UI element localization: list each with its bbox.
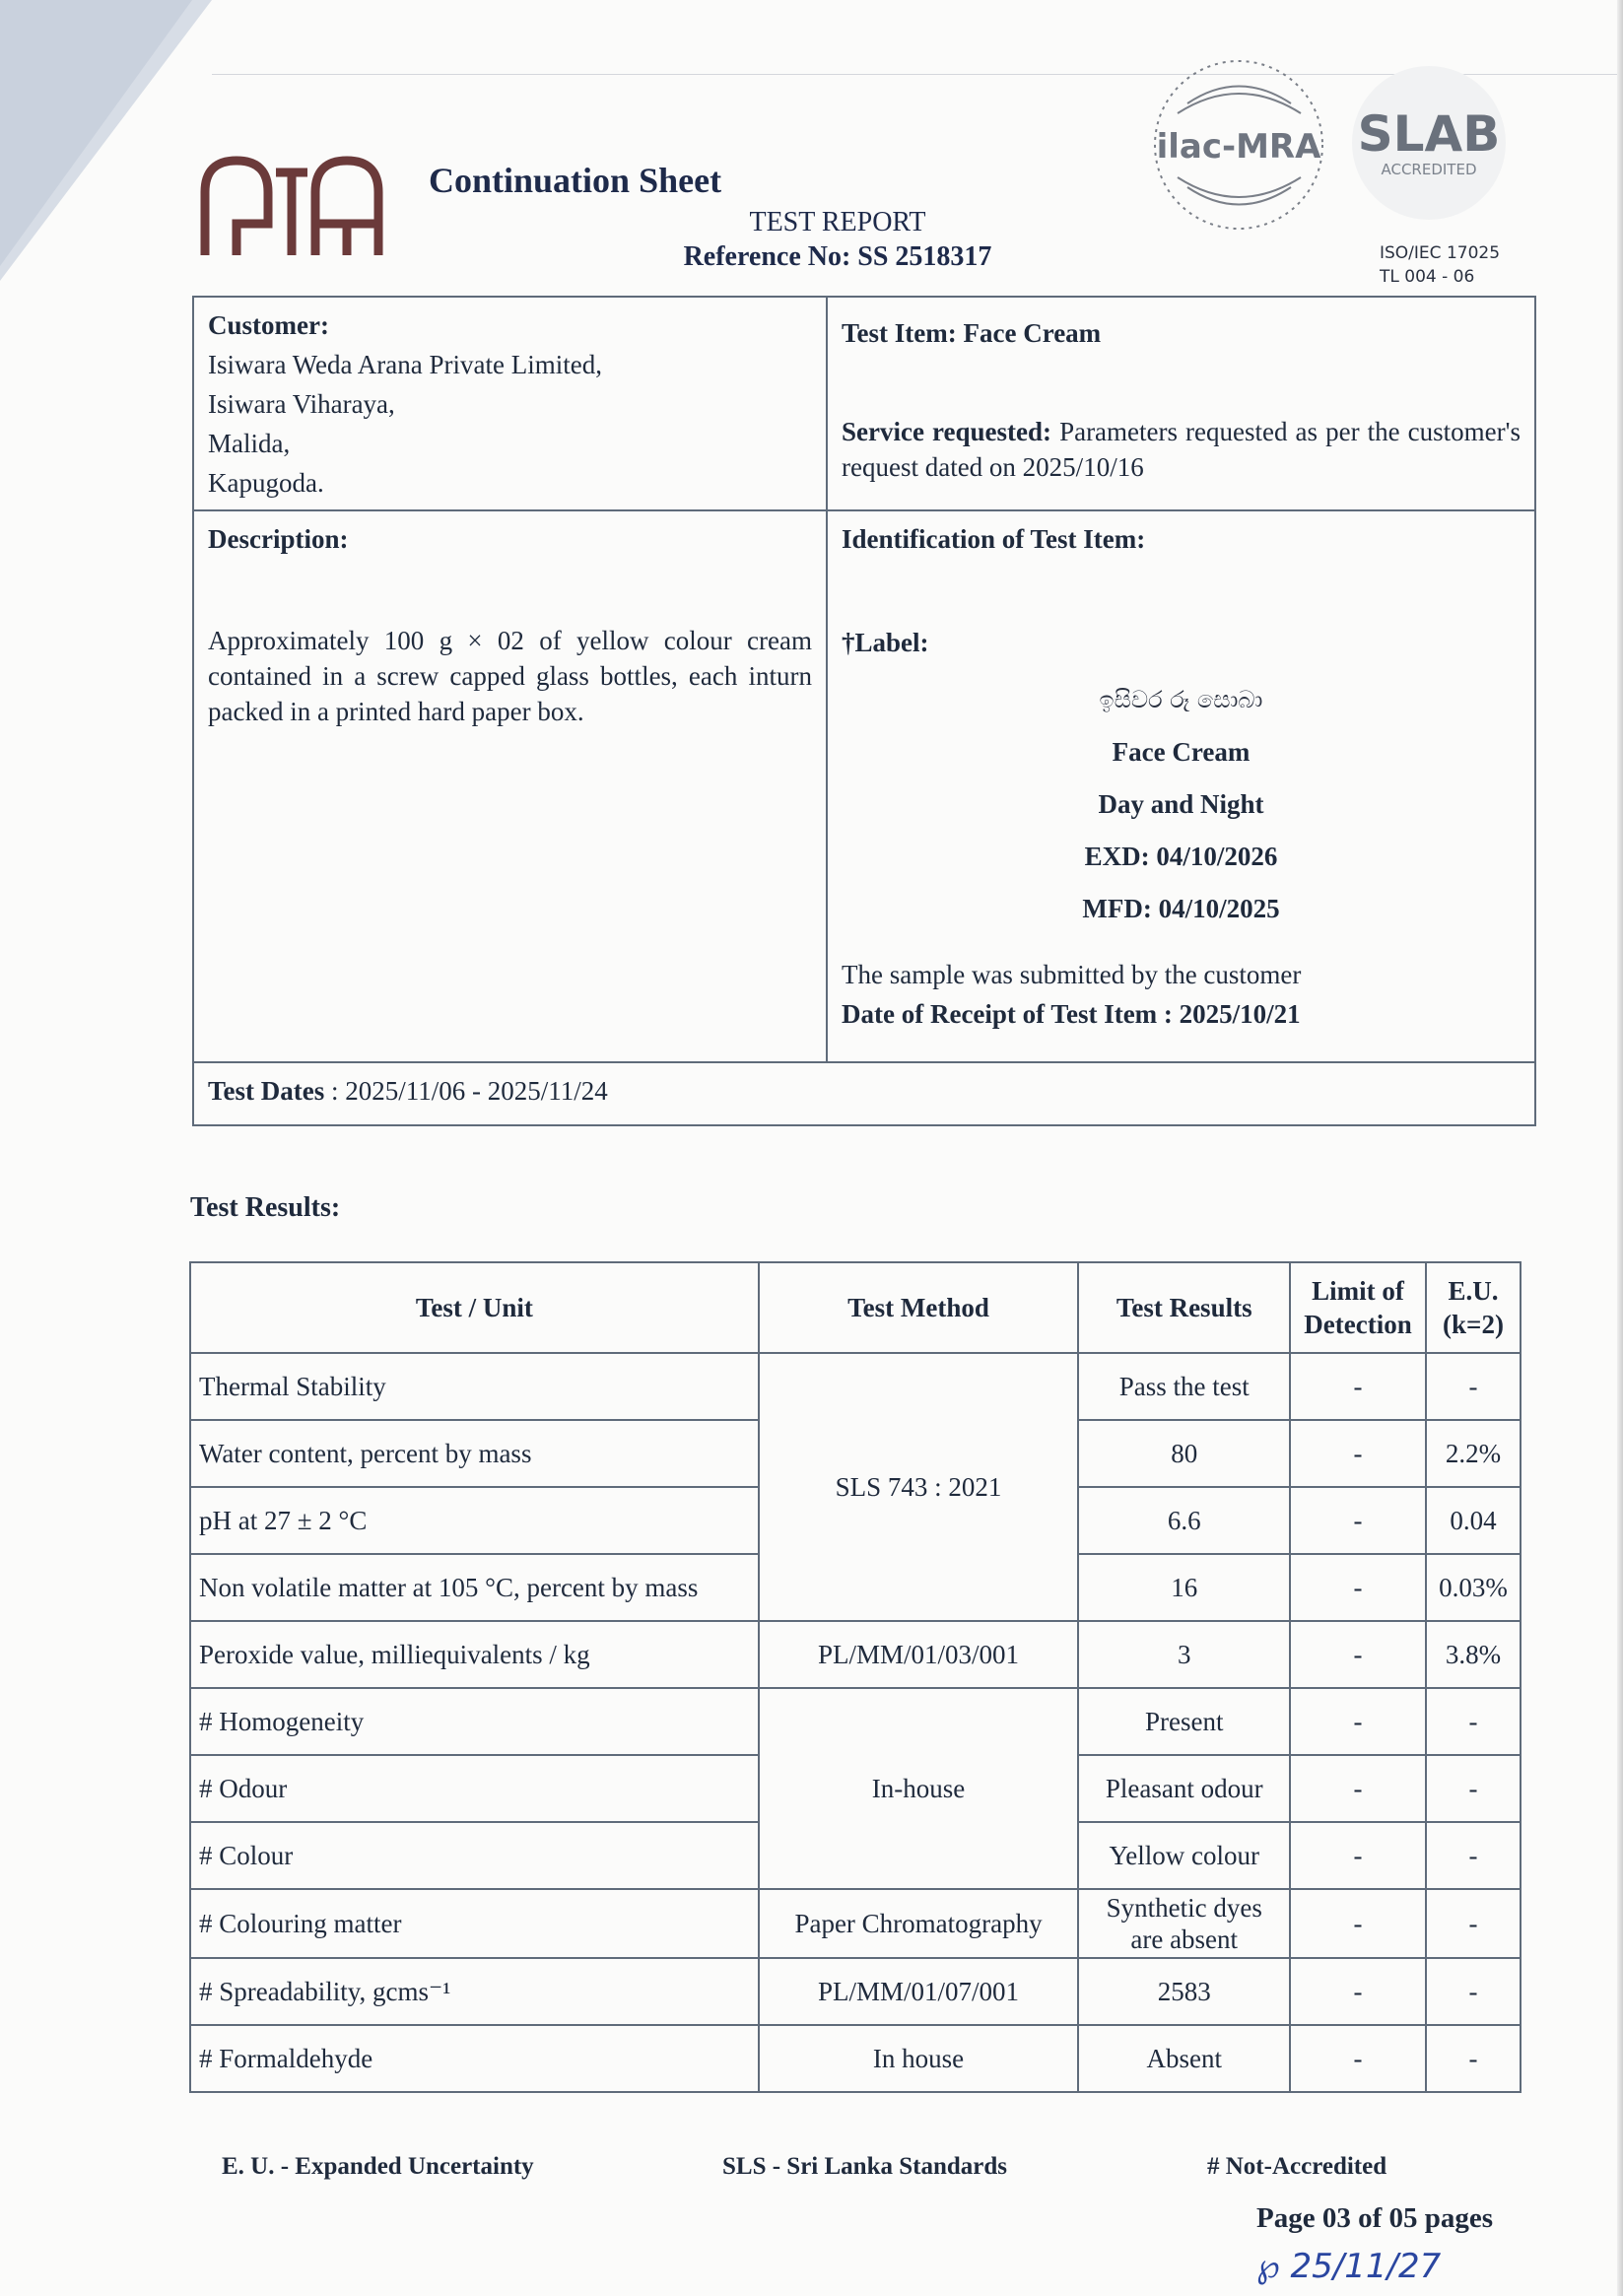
test-item-value: Face Cream bbox=[963, 318, 1101, 348]
col-limit-of-detection: Limit of Detection bbox=[1290, 1262, 1426, 1353]
customer-cell: Customer: Isiwara Weda Arana Private Lim… bbox=[194, 298, 828, 509]
receipt-date: Date of Receipt of Test Item : 2025/10/2… bbox=[842, 994, 1521, 1034]
cell-test-method: PL/MM/01/07/001 bbox=[759, 1958, 1079, 2025]
cell-test-result: Absent bbox=[1078, 2025, 1290, 2092]
table-row: # Colouring matterPaper ChromatographySy… bbox=[190, 1889, 1521, 1958]
table-row: Thermal StabilitySLS 743 : 2021Pass the … bbox=[190, 1353, 1521, 1420]
cell-expanded-uncertainty: 2.2% bbox=[1426, 1420, 1521, 1487]
page-title: Continuation Sheet bbox=[429, 160, 721, 201]
cell-expanded-uncertainty: - bbox=[1426, 1755, 1521, 1822]
cell-test-method: Paper Chromatography bbox=[759, 1889, 1079, 1958]
cell-limit-of-detection: - bbox=[1290, 2025, 1426, 2092]
description-label: Description: bbox=[208, 519, 812, 559]
submitted-note: The sample was submitted by the customer bbox=[842, 955, 1521, 994]
iso-standard: ISO/IEC 17025 bbox=[1380, 241, 1500, 265]
table-row: Peroxide value, milliequivalents / kgPL/… bbox=[190, 1621, 1521, 1688]
label-variant: Day and Night bbox=[842, 778, 1521, 831]
receipt-value: : 2025/10/21 bbox=[1164, 999, 1301, 1029]
customer-label: Customer: bbox=[208, 305, 812, 345]
slab-accredited-badge-icon: SLAB ACCREDITED bbox=[1350, 64, 1508, 222]
report-info-box: Customer: Isiwara Weda Arana Private Lim… bbox=[192, 296, 1536, 1126]
svg-text:ACCREDITED: ACCREDITED bbox=[1381, 161, 1476, 178]
cell-test-result: 16 bbox=[1078, 1554, 1290, 1621]
cell-test-result: Present bbox=[1078, 1688, 1290, 1755]
test-results-heading: Test Results: bbox=[190, 1192, 340, 1224]
description-cell: Description: Approximately 100 g × 02 of… bbox=[194, 511, 828, 1061]
label-manufacture: MFD: 04/10/2025 bbox=[842, 883, 1521, 935]
cell-expanded-uncertainty: 0.04 bbox=[1426, 1487, 1521, 1554]
cell-test-unit: # Spreadability, gcms⁻¹ bbox=[190, 1958, 759, 2025]
cell-test-method: In house bbox=[759, 2025, 1079, 2092]
cell-test-method: PL/MM/01/03/001 bbox=[759, 1621, 1079, 1688]
col-test-results: Test Results bbox=[1078, 1262, 1290, 1353]
legend-sls: SLS - Sri Lanka Standards bbox=[722, 2153, 1007, 2181]
svg-text:ilac-MRA: ilac-MRA bbox=[1157, 127, 1322, 167]
col-test-method: Test Method bbox=[759, 1262, 1079, 1353]
legend-eu: E. U. - Expanded Uncertainty bbox=[222, 2153, 534, 2181]
cell-test-method: In-house bbox=[759, 1688, 1079, 1889]
customer-row: Customer: Isiwara Weda Arana Private Lim… bbox=[194, 298, 1534, 511]
cell-test-unit: # Colouring matter bbox=[190, 1889, 759, 1958]
cell-test-result: Yellow colour bbox=[1078, 1822, 1290, 1889]
test-item-label: Test Item: bbox=[842, 318, 957, 348]
col-expanded-uncertainty: E.U. (k=2) bbox=[1426, 1262, 1521, 1353]
customer-line: Kapugoda. bbox=[208, 463, 812, 503]
lab-number: TL 004 - 06 bbox=[1380, 265, 1500, 289]
cell-limit-of-detection: - bbox=[1290, 1889, 1426, 1958]
cell-limit-of-detection: - bbox=[1290, 1755, 1426, 1822]
cell-test-unit: Water content, percent by mass bbox=[190, 1420, 759, 1487]
cell-limit-of-detection: - bbox=[1290, 1621, 1426, 1688]
test-results-table: Test / Unit Test Method Test Results Lim… bbox=[189, 1261, 1522, 2093]
ilac-mra-badge-icon: ilac-MRA bbox=[1148, 54, 1330, 236]
cell-limit-of-detection: - bbox=[1290, 1958, 1426, 2025]
test-dates-row: Test Dates : 2025/11/06 - 2025/11/24 bbox=[194, 1063, 1534, 1124]
label-product: Face Cream bbox=[842, 726, 1521, 778]
cell-test-unit: Peroxide value, milliequivalents / kg bbox=[190, 1621, 759, 1688]
page-number: Page 03 of 05 pages bbox=[1256, 2202, 1493, 2235]
cell-limit-of-detection: - bbox=[1290, 1487, 1426, 1554]
service-label: Service requested: bbox=[842, 417, 1051, 446]
cell-test-result: 6.6 bbox=[1078, 1487, 1290, 1554]
cell-test-result: 3 bbox=[1078, 1621, 1290, 1688]
report-subtitle: TEST REPORT bbox=[591, 207, 1084, 238]
table-row: # HomogeneityIn-housePresent-- bbox=[190, 1688, 1521, 1755]
customer-line: Isiwara Viharaya, bbox=[208, 384, 812, 424]
customer-line: Isiwara Weda Arana Private Limited, bbox=[208, 345, 812, 384]
label-heading: †Label: bbox=[842, 623, 1521, 662]
cell-test-result: 80 bbox=[1078, 1420, 1290, 1487]
customer-line: Malida, bbox=[208, 424, 812, 463]
description-text: Approximately 100 g × 02 of yellow colou… bbox=[208, 623, 812, 729]
test-item-cell: Test Item: Face Cream Service requested:… bbox=[828, 298, 1534, 509]
cell-test-unit: Non volatile matter at 105 °C, percent b… bbox=[190, 1554, 759, 1621]
identification-cell: Identification of Test Item: †Label: ඉසි… bbox=[828, 511, 1534, 1061]
cell-test-result: Synthetic dyes are absent bbox=[1078, 1889, 1290, 1958]
cell-expanded-uncertainty: 3.8% bbox=[1426, 1621, 1521, 1688]
description-row: Description: Approximately 100 g × 02 of… bbox=[194, 511, 1534, 1063]
signature-initials: ℘ 25/11/27 bbox=[1256, 2247, 1441, 2286]
label-brand-sinhala: ඉසිවර රූ සොබා bbox=[842, 674, 1521, 726]
test-item: Test Item: Face Cream bbox=[842, 313, 1521, 353]
cell-test-unit: # Homogeneity bbox=[190, 1688, 759, 1755]
cell-test-unit: pH at 27 ± 2 °C bbox=[190, 1487, 759, 1554]
service-requested: Service requested: Parameters requested … bbox=[842, 414, 1521, 485]
table-row: # FormaldehydeIn houseAbsent-- bbox=[190, 2025, 1521, 2092]
test-dates-label: Test Dates bbox=[208, 1076, 324, 1106]
table-header-row: Test / Unit Test Method Test Results Lim… bbox=[190, 1262, 1521, 1353]
svg-text:SLAB: SLAB bbox=[1358, 105, 1501, 163]
reference-number: Reference No: SS 2518317 bbox=[591, 241, 1084, 273]
cell-expanded-uncertainty: - bbox=[1426, 1889, 1521, 1958]
identification-label: Identification of Test Item: bbox=[842, 519, 1521, 559]
iti-logo-icon bbox=[197, 153, 386, 259]
cell-limit-of-detection: - bbox=[1290, 1822, 1426, 1889]
label-expiry: EXD: 04/10/2026 bbox=[842, 831, 1521, 883]
cell-test-unit: Thermal Stability bbox=[190, 1353, 759, 1420]
cell-test-result: Pass the test bbox=[1078, 1353, 1290, 1420]
cell-test-unit: # Colour bbox=[190, 1822, 759, 1889]
cell-expanded-uncertainty: - bbox=[1426, 1353, 1521, 1420]
test-dates-value: : 2025/11/06 - 2025/11/24 bbox=[331, 1076, 608, 1106]
scan-right-edge bbox=[1617, 0, 1623, 2296]
cell-test-method: SLS 743 : 2021 bbox=[759, 1353, 1079, 1621]
cell-expanded-uncertainty: - bbox=[1426, 1822, 1521, 1889]
iso-accreditation: ISO/IEC 17025 TL 004 - 06 bbox=[1380, 241, 1500, 289]
cell-expanded-uncertainty: - bbox=[1426, 1688, 1521, 1755]
cell-expanded-uncertainty: - bbox=[1426, 2025, 1521, 2092]
col-test-unit: Test / Unit bbox=[190, 1262, 759, 1353]
cell-expanded-uncertainty: 0.03% bbox=[1426, 1554, 1521, 1621]
receipt-label: Date of Receipt of Test Item bbox=[842, 999, 1157, 1029]
legend-not-accredited: # Not-Accredited bbox=[1207, 2153, 1386, 2181]
cell-test-result: 2583 bbox=[1078, 1958, 1290, 2025]
cell-test-result: Pleasant odour bbox=[1078, 1755, 1290, 1822]
cell-test-unit: # Formaldehyde bbox=[190, 2025, 759, 2092]
cell-limit-of-detection: - bbox=[1290, 1688, 1426, 1755]
table-row: # Spreadability, gcms⁻¹PL/MM/01/07/00125… bbox=[190, 1958, 1521, 2025]
cell-test-unit: # Odour bbox=[190, 1755, 759, 1822]
cell-limit-of-detection: - bbox=[1290, 1554, 1426, 1621]
cell-expanded-uncertainty: - bbox=[1426, 1958, 1521, 2025]
cell-limit-of-detection: - bbox=[1290, 1420, 1426, 1487]
scan-corner-fold bbox=[0, 0, 212, 281]
test-dates-cell: Test Dates : 2025/11/06 - 2025/11/24 bbox=[194, 1063, 1534, 1124]
cell-limit-of-detection: - bbox=[1290, 1353, 1426, 1420]
